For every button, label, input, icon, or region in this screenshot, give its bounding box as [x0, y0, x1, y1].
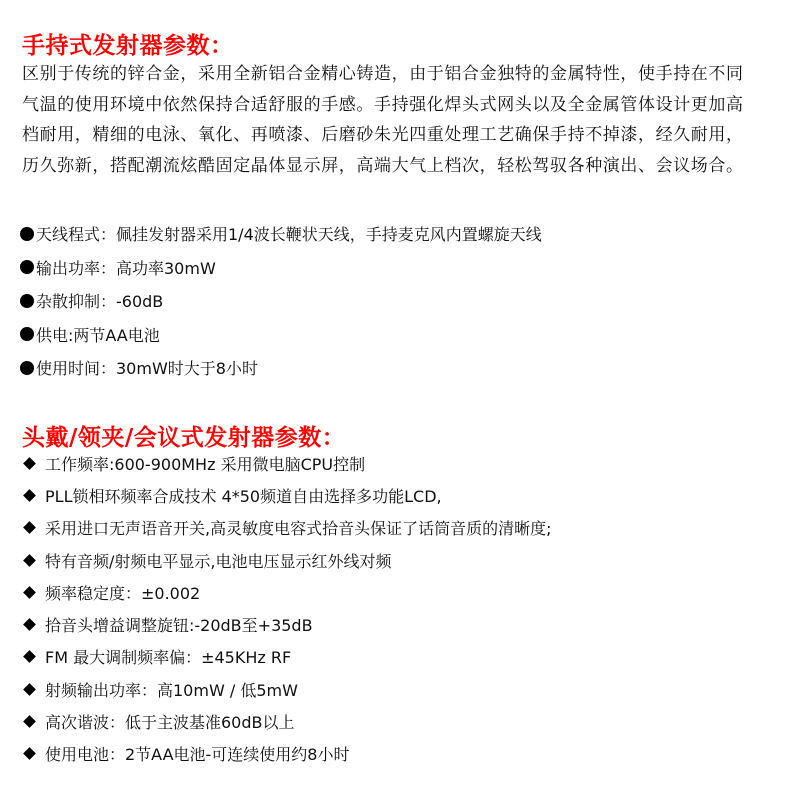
spec-text: PLL锁相环频率合成技术 4*50频道自由选择多功能LCD,	[45, 484, 442, 507]
spec-item: 输出功率：高功率30mW	[20, 251, 542, 285]
filled-circle-bullet-icon	[20, 361, 34, 375]
filled-circle-bullet-icon	[20, 260, 34, 274]
description-line: 区别于传统的锌合金，采用全新铝合金精心铸造，由于铝合金独特的金属特性，使手持在不…	[22, 59, 782, 90]
spec-item: 射频输出功率：高10mW / 低5mW	[20, 673, 551, 705]
diamond-bullet-icon	[23, 586, 36, 599]
diamond-bullet-icon	[23, 715, 36, 728]
headset-spec-list: 工作频率:600-900MHz 采用微电脑CPU控制 PLL锁相环频率合成技术 …	[20, 447, 551, 770]
filled-circle-bullet-icon	[20, 294, 34, 308]
spec-text: 供电:两节AA电池	[36, 323, 160, 346]
spec-item: 使用时间：30mW时大于8小时	[20, 351, 542, 385]
spec-item: 供电:两节AA电池	[20, 318, 542, 352]
spec-item: 拾音头增益调整旋钮:-20dB至+35dB	[20, 608, 551, 640]
spec-text: 使用电池：2节AA电池-可连续使用约8小时	[45, 742, 349, 765]
spec-text: 拾音头增益调整旋钮:-20dB至+35dB	[45, 613, 313, 636]
filled-circle-bullet-icon	[20, 327, 34, 341]
handheld-spec-list: 天线程式：佩挂发射器采用1/4波长鞭状天线，手持麦克风内置螺旋天线 输出功率：高…	[20, 217, 542, 385]
spec-item: 工作频率:600-900MHz 采用微电脑CPU控制	[20, 447, 551, 479]
spec-text: 工作频率:600-900MHz 采用微电脑CPU控制	[45, 452, 365, 475]
diamond-bullet-icon	[23, 554, 36, 567]
spec-item: PLL锁相环频率合成技术 4*50频道自由选择多功能LCD,	[20, 479, 551, 511]
diamond-bullet-icon	[23, 489, 36, 502]
spec-text: 特有音频/射频电平显示,电池电压显示红外线对频	[45, 549, 391, 572]
filled-circle-bullet-icon	[20, 227, 34, 241]
description-line: 气温的使用环境中依然保持合适舒服的手感。手持强化焊头式网头以及全金属管体设计更加…	[22, 90, 782, 121]
spec-item: 特有音频/射频电平显示,电池电压显示红外线对频	[20, 544, 551, 576]
spec-text: 杂散抑制：-60dB	[36, 289, 163, 312]
diamond-bullet-icon	[23, 651, 36, 664]
handheld-transmitter-heading: 手持式发射器参数：	[22, 27, 234, 60]
spec-item: 天线程式：佩挂发射器采用1/4波长鞭状天线，手持麦克风内置螺旋天线	[20, 217, 542, 251]
diamond-bullet-icon	[23, 521, 36, 534]
diamond-bullet-icon	[23, 747, 36, 760]
diamond-bullet-icon	[23, 683, 36, 696]
spec-text: 天线程式：佩挂发射器采用1/4波长鞭状天线，手持麦克风内置螺旋天线	[36, 222, 542, 245]
description-line: 档耐用，精细的电泳、氧化、再喷漆、后磨砂朱光四重处理工艺确保手持不掉漆，经久耐用…	[22, 120, 782, 151]
diamond-bullet-icon	[23, 618, 36, 631]
diamond-bullet-icon	[23, 457, 36, 470]
spec-item: 频率稳定度：±0.002	[20, 576, 551, 608]
spec-text: 使用时间：30mW时大于8小时	[36, 356, 258, 379]
spec-text: 频率稳定度：±0.002	[45, 581, 200, 604]
spec-item: 采用进口无声语音开关,高灵敏度电容式拾音头保证了话筒音质的清晰度;	[20, 512, 551, 544]
spec-item: FM 最大调制频率偏：±45KHz RF	[20, 641, 551, 673]
handheld-description: 区别于传统的锌合金，采用全新铝合金精心铸造，由于铝合金独特的金属特性，使手持在不…	[22, 59, 782, 181]
spec-item: 高次谐波：低于主波基准60dB以上	[20, 705, 551, 737]
spec-text: FM 最大调制频率偏：±45KHz RF	[45, 645, 291, 668]
spec-text: 输出功率：高功率30mW	[36, 256, 216, 279]
description-line: 历久弥新，搭配潮流炫酷固定晶体显示屏，高端大气上档次，轻松驾驭各种演出、会议场合…	[22, 151, 782, 182]
spec-text: 高次谐波：低于主波基准60dB以上	[45, 710, 295, 733]
spec-text: 射频输出功率：高10mW / 低5mW	[45, 678, 298, 701]
spec-item: 杂散抑制：-60dB	[20, 284, 542, 318]
spec-text: 采用进口无声语音开关,高灵敏度电容式拾音头保证了话筒音质的清晰度;	[45, 516, 551, 539]
spec-item: 使用电池：2节AA电池-可连续使用约8小时	[20, 738, 551, 770]
